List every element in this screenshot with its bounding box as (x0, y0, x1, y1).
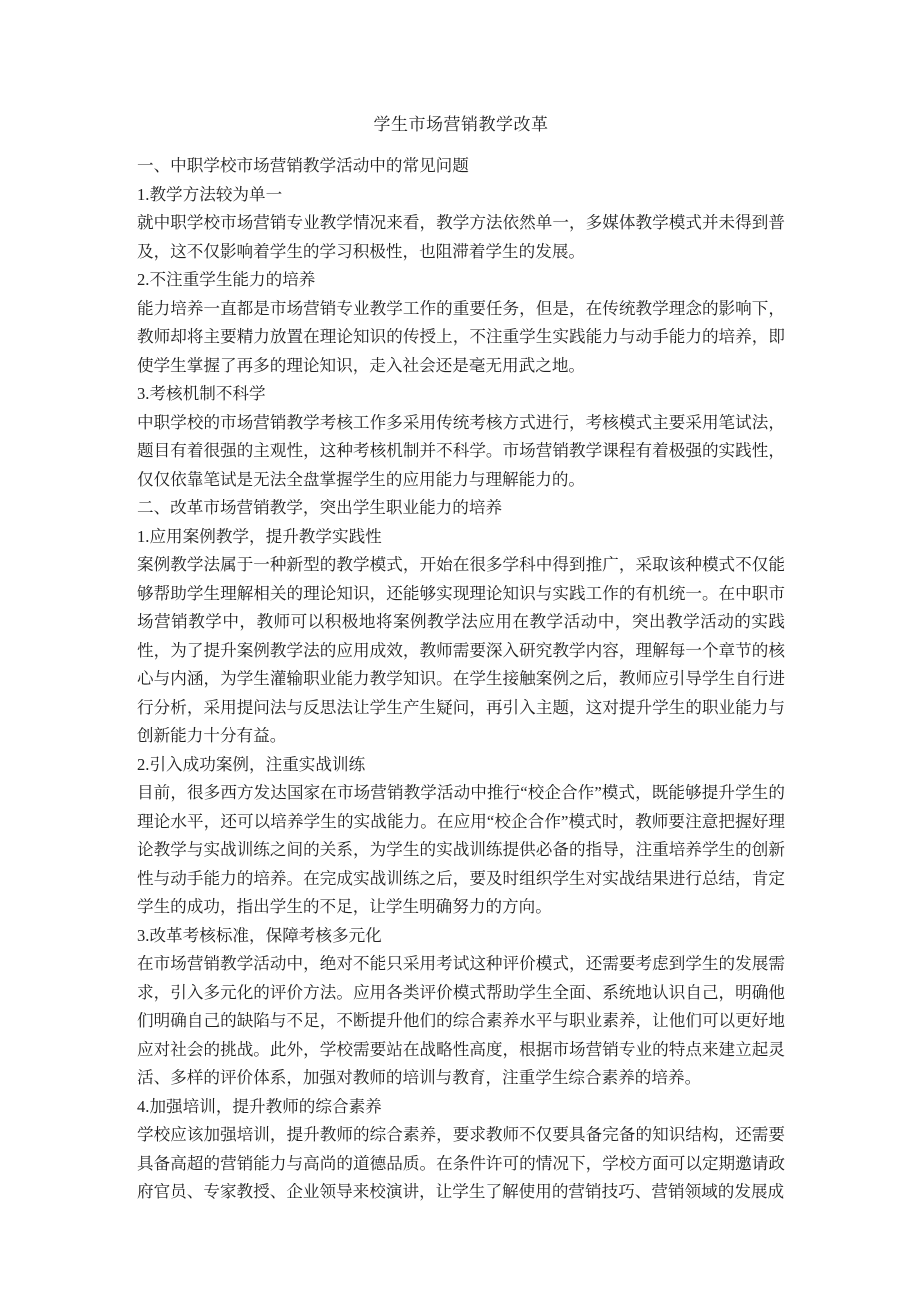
document-content: 学生市场营销教学改革 一、中职学校市场营销教学活动中的常见问题1.教学方法较为单… (137, 111, 785, 1207)
paragraph-body: 就中职学校市场营销专业教学情况来看，教学方法依然单一，多媒体教学模式并未得到普及… (137, 209, 785, 266)
paragraph-subheading: 1.教学方法较为单一 (137, 181, 785, 210)
paragraph-subheading: 2.引入成功案例，注重实战训练 (137, 751, 785, 780)
paragraph-subheading: 2.不注重学生能力的培养 (137, 266, 785, 295)
paragraph-body: 中职学校的市场营销教学考核工作多采用传统考核方式进行，考核模式主要采用笔试法，题… (137, 409, 785, 495)
paragraph-body: 能力培养一直都是市场营销专业教学工作的重要任务，但是，在传统教学理念的影响下，教… (137, 295, 785, 381)
paragraph-subheading: 3.改革考核标准，保障考核多元化 (137, 922, 785, 951)
paragraph-heading: 一、中职学校市场营销教学活动中的常见问题 (137, 152, 785, 181)
document-title: 学生市场营销教学改革 (137, 111, 785, 139)
paragraph-body: 案例教学法属于一种新型的教学模式，开始在很多学科中得到推广，采取该种模式不仅能够… (137, 551, 785, 751)
paragraph-body: 目前，很多西方发达国家在市场营销教学活动中推行“校企合作”模式，既能够提升学生的… (137, 779, 785, 922)
paragraph-subheading: 3.考核机制不科学 (137, 380, 785, 409)
document-body: 一、中职学校市场营销教学活动中的常见问题1.教学方法较为单一就中职学校市场营销专… (137, 152, 785, 1207)
paragraph-body: 在市场营销教学活动中，绝对不能只采用考试这种评价模式，还需要考虑到学生的发展需求… (137, 950, 785, 1093)
paragraph-subheading: 1.应用案例教学，提升教学实践性 (137, 523, 785, 552)
paragraph-subheading: 4.加强培训，提升教师的综合素养 (137, 1093, 785, 1122)
paragraph-body: 学校应该加强培训，提升教师的综合素养，要求教师不仅要具备完备的知识结构，还需要具… (137, 1121, 785, 1207)
paragraph-heading: 二、改革市场营销教学，突出学生职业能力的培养 (137, 494, 785, 523)
document-page: 学生市场营销教学改革 一、中职学校市场营销教学活动中的常见问题1.教学方法较为单… (0, 0, 920, 1302)
